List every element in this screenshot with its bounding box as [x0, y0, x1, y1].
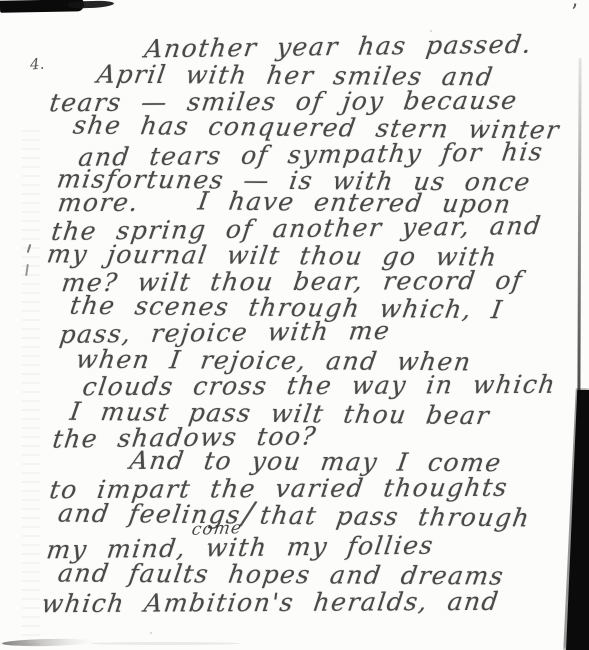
manuscript-line: which Ambition's heralds, and: [40, 587, 501, 618]
handwriting-layer: Another year has passed. April with her …: [0, 0, 589, 650]
manuscript-line: and feelings that pass through: [56, 499, 532, 533]
manuscript-line: Another year has passed.: [143, 30, 534, 64]
manuscript-line: more.: [56, 188, 141, 217]
manuscript-line: and faults hopes and dreams: [56, 558, 506, 590]
manuscript-line: clouds cross the way in which: [81, 370, 558, 401]
corner-tick-mark: ’: [571, 1, 578, 26]
margin-notation: 4.: [29, 55, 45, 74]
interlinear-insertion: come: [190, 518, 243, 540]
scanned-journal-page: Another year has passed. April with her …: [0, 0, 589, 650]
